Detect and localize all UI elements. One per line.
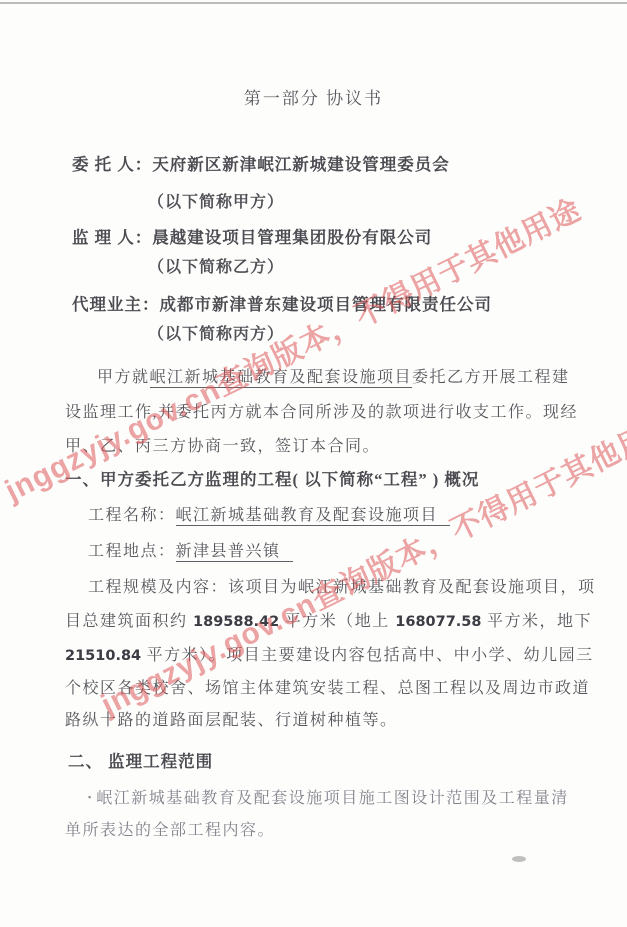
project-location-line: 工程地点：新津县普兴镇: [88, 542, 293, 562]
scope-line-3: 21510.84 平方米）。项目主要建设内容包括高中、中小学、幼儿园三: [65, 646, 594, 666]
section2-text: 岷江新城基础教育及配套设施项目施工图设计范围及工程量清: [96, 790, 569, 807]
scope-line-4: 个校区各类校舍、场馆主体建筑安装工程、总图工程以及周边市政道: [65, 679, 590, 699]
project-name-line: 工程名称：岷江新城基础教育及配套设施项目: [88, 506, 450, 526]
scope-line-1: 工程规模及内容：该项目为岷江新城基础教育及配套设施项目，项: [88, 578, 596, 598]
party-client-label: 委 托 人：: [72, 155, 152, 174]
project-location-value: 新津县普兴镇: [176, 543, 293, 562]
party-supervisor-line: 监 理 人：晨越建设项目管理集团股份有限公司: [72, 228, 432, 248]
scan-artifact-top-edge: [0, 2, 627, 4]
section2-line-1: ▪岷江新城基础教育及配套设施项目施工图设计范围及工程量清: [88, 787, 569, 809]
party-client-name: 天府新区新津岷江新城建设管理委员会: [152, 155, 450, 174]
party-agent-name: 成都市新津普东建设项目管理有限责任公司: [160, 295, 493, 314]
section2-heading: 二、 监理工程范围: [68, 752, 213, 772]
preamble-line-2: 设监理工作,并委托丙方就本合同所涉及的款项进行收支工作。现经: [65, 403, 578, 423]
party-client-line: 委 托 人：天府新区新津岷江新城建设管理委员会: [72, 155, 450, 175]
above-ground-area-number: 168077.58: [395, 614, 481, 630]
section1-heading: 一、甲方委托乙方监理的工程( 以下简称“工程” ) 概况: [65, 470, 479, 490]
preamble-line-1: 甲方就岷江新城基础教育及配套设施项目委托乙方开展工程建: [97, 368, 570, 388]
project-name-value: 岷江新城基础教育及配套设施项目: [176, 507, 451, 526]
below-ground-area-number: 21510.84: [65, 648, 141, 664]
preamble-text: 甲方就: [97, 369, 150, 386]
preamble-text: 委托乙方开展工程建: [412, 369, 570, 386]
scope-text: 目总建筑面积约: [65, 613, 193, 630]
page-title: 第一部分 协议书: [0, 84, 627, 109]
project-location-label: 工程地点：: [88, 543, 176, 560]
party-supervisor-name: 晨越建设项目管理集团股份有限公司: [152, 228, 432, 247]
party-agent-line: 代理业主：成都市新津普东建设项目管理有限责任公司: [72, 295, 492, 315]
total-area-number: 189588.42: [193, 614, 279, 630]
party-supervisor-label: 监 理 人：: [72, 228, 152, 247]
party-client-alias: （以下简称甲方）: [148, 193, 284, 213]
scan-artifact-smudge: [512, 856, 526, 862]
project-name-label: 工程名称：: [88, 507, 176, 524]
bullet-icon: ▪: [88, 792, 91, 802]
preamble-line-3: 甲、乙、丙三方协商一致，签订本合同。: [65, 437, 380, 457]
scope-line-2: 目总建筑面积约 189588.42 平方米（地上 168077.58 平方米，地…: [65, 612, 592, 632]
scanned-document-page: 第一部分 协议书 委 托 人：天府新区新津岷江新城建设管理委员会 （以下简称甲方…: [0, 0, 627, 927]
party-agent-alias: （以下简称丙方）: [148, 325, 284, 345]
section2-line-2: 单所表达的全部工程内容。: [65, 821, 275, 841]
scope-text: 平方米（地上: [279, 613, 395, 630]
scope-text: 平方米，地下: [482, 613, 593, 630]
scope-text: 平方米）。项目主要建设内容包括高中、中小学、幼儿园三: [141, 647, 594, 664]
party-supervisor-alias: （以下简称乙方）: [148, 258, 284, 278]
preamble-underlined-project-name: 岷江新城基础教育及配套设施项目: [150, 369, 413, 388]
party-agent-label: 代理业主：: [72, 295, 160, 314]
scope-line-5: 路纵十路的道路面层配装、行道树种植等。: [65, 711, 398, 731]
